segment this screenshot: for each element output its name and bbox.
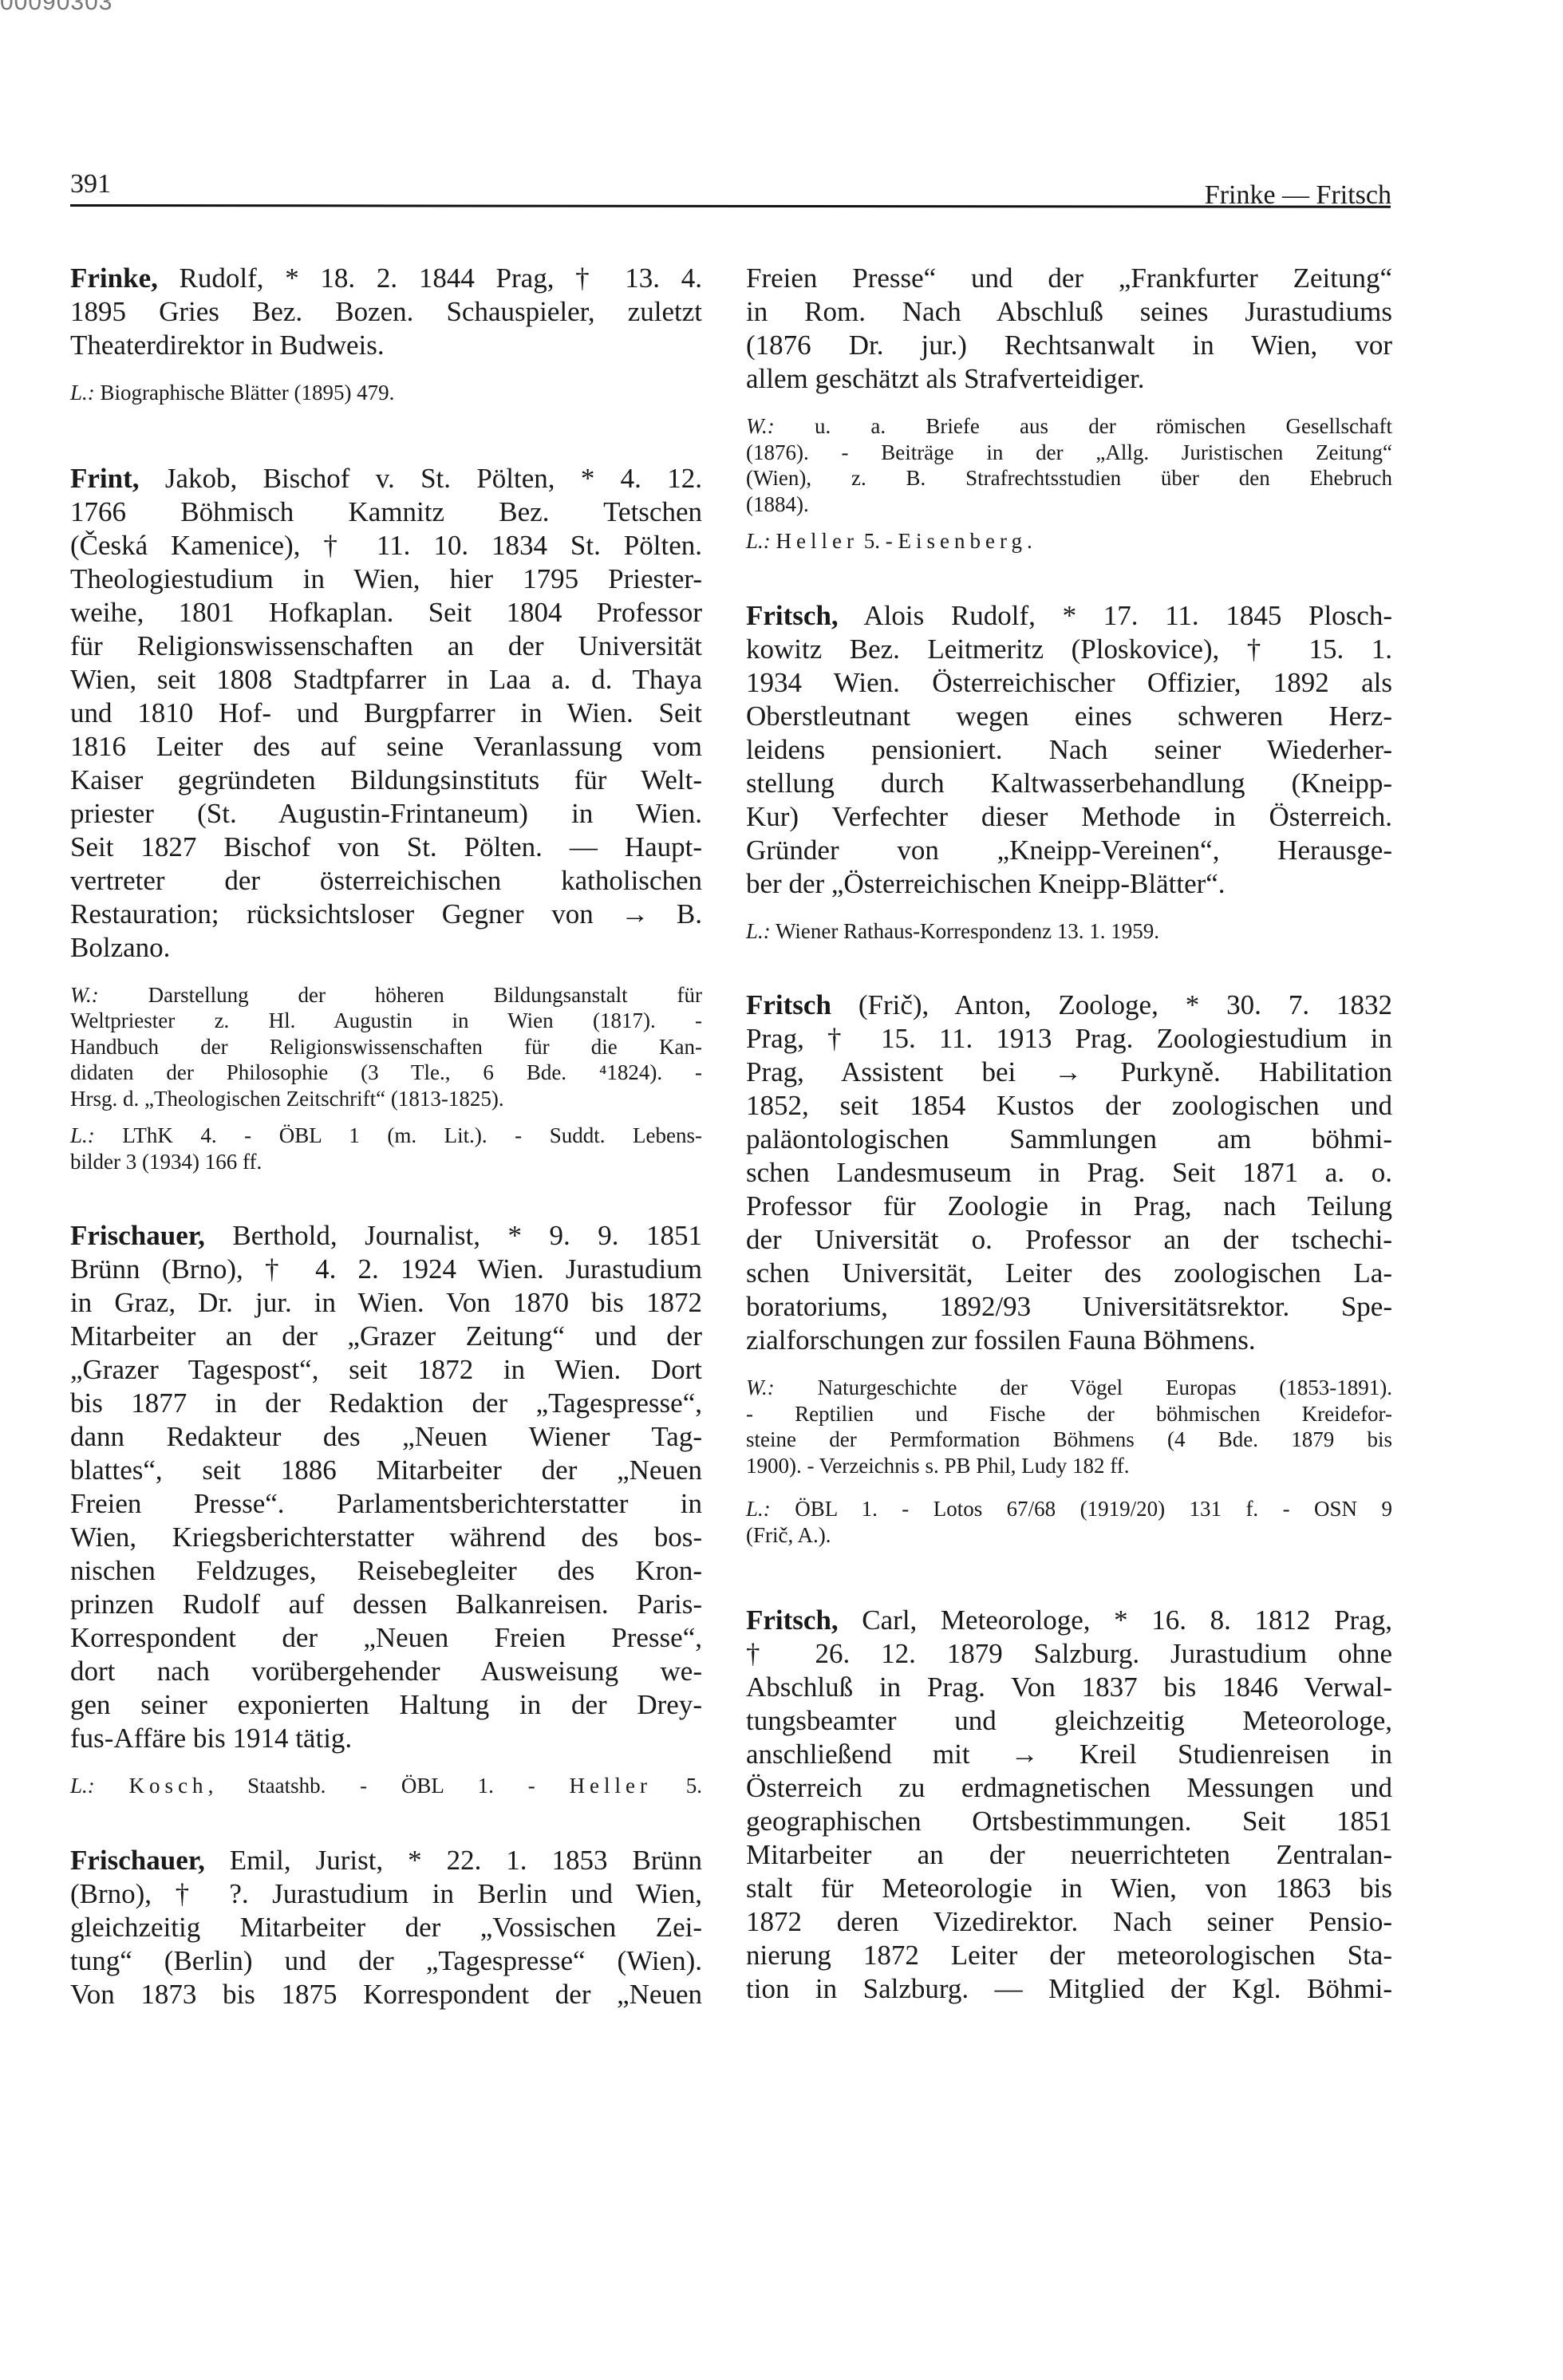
lemma: Frischauer, [70, 1845, 205, 1876]
entry-fritsch-alois: Fritsch, Alois Rudolf, * 17. 11. 1845 Pl… [746, 599, 1392, 945]
literature: L.: ÖBL 1. - Lotos 67/68 (1919/20) 131 f… [746, 1496, 1392, 1548]
left-column: Frinke, Rudolf, * 18. 2. 1844 Prag, † 13… [70, 262, 702, 2011]
page-number: 391 [70, 169, 111, 199]
right-column: Freien Presse“ und der „Frankfurter Zeit… [746, 262, 1392, 2006]
works: W.: Darstellung der höheren Bildungsanst… [70, 982, 702, 1112]
entry-frint: Frint, Jakob, Bischof v. St. Pölten, * 4… [70, 462, 702, 1175]
literature: L.: LThK 4. - ÖBL 1 (m. Lit.). - Suddt. … [70, 1123, 702, 1174]
entry-frinke: Frinke, Rudolf, * 18. 2. 1844 Prag, † 13… [70, 262, 702, 406]
literature: L.: Kosch, Staatshb. - ÖBL 1. - Heller 5… [70, 1773, 702, 1799]
header-rule [70, 204, 1391, 208]
works: W.: u. a. Briefe aus der römischen Gesel… [746, 413, 1392, 517]
lemma: Frinke, [70, 262, 158, 294]
literature: L.: Heller 5. - Eisenberg. [746, 528, 1392, 555]
entry-frischauer-berthold: Frischauer, Berthold, Journalist, * 9. 9… [70, 1219, 702, 1799]
scan-id: 00090303 [0, 0, 112, 16]
entry-fritsch-carl: Fritsch, Carl, Meteorologe, * 16. 8. 181… [746, 1604, 1392, 2006]
literature: L.: Biographische Blätter (1895) 479. [70, 380, 702, 406]
entry-frischauer-emil-continued: Freien Presse“ und der „Frankfurter Zeit… [746, 262, 1392, 555]
entry-fritsch-anton: Fritsch (Frič), Anton, Zoologe, * 30. 7.… [746, 989, 1392, 1548]
lemma: Frischauer, [70, 1220, 205, 1251]
lemma: Fritsch, [746, 600, 839, 631]
entry-frischauer-emil: Frischauer, Emil, Jurist, * 22. 1. 1853 … [70, 1844, 702, 2011]
literature: L.: Wiener Rathaus-Korrespondenz 13. 1. … [746, 918, 1392, 945]
lemma: Frint, [70, 463, 140, 494]
lemma: Fritsch [746, 989, 831, 1020]
works: W.: Naturgeschichte der Vögel Europas (1… [746, 1375, 1392, 1478]
lemma: Fritsch, [746, 1604, 839, 1636]
